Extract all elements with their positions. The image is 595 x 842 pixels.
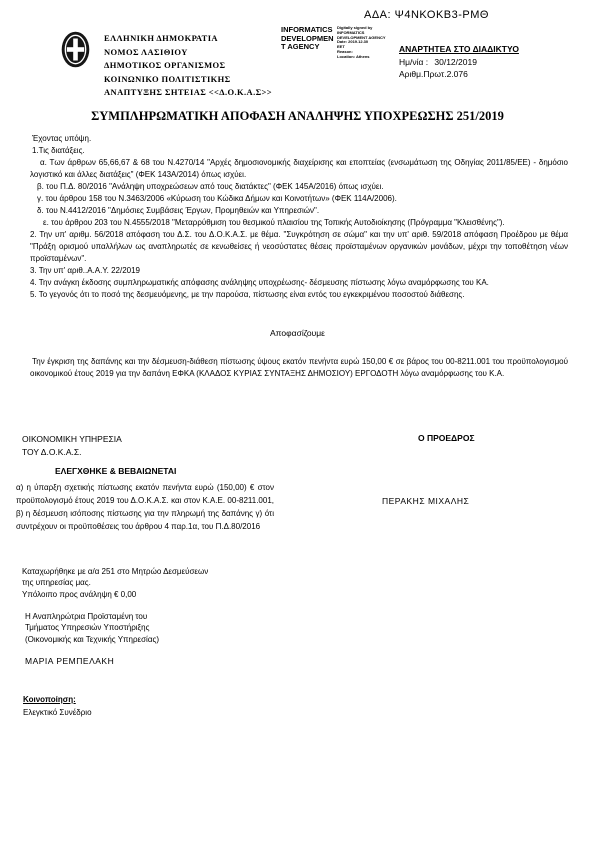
preamble-item: 4. Την ανάγκη έκδοσης συμπληρωματικής απ… — [30, 277, 568, 289]
preamble-item: 1.Τις διατάξεις. — [30, 145, 568, 157]
preamble-item: γ. του άρθρου 158 του Ν.3463/2006 «Κύρωσ… — [30, 193, 568, 205]
date-label: Ημ/νία : — [399, 56, 432, 69]
protocol-number: Αριθμ.Πρωτ.2.076 — [399, 68, 519, 81]
preamble: Έχοντας υπόψη. 1.Τις διατάξεις. α. Των ά… — [30, 133, 568, 301]
president-title: Ο ΠΡΟΕΔΡΟΣ — [418, 433, 475, 443]
verification-heading: ΕΛΕΓΧΘΗΚΕ & ΒΕΒΑΙΩΝΕΤΑΙ — [55, 466, 176, 476]
internet-posting-notice: ΑΝΑΡΤΗΤΕΑ ΣΤΟ ΔΙΑΔΙΚΤΥΟ — [399, 43, 519, 56]
preamble-item: 3. Την υπ' αριθ..Α.Α.Υ. 22/2019 — [30, 265, 568, 277]
org-line: ΔΗΜΟΤΙΚΟΣ ΟΡΓΑΝΙΣΜΟΣ — [104, 59, 272, 73]
preamble-item: δ. του Ν.4412/2016 "Δημόσιες Συμβάσεις Έ… — [30, 205, 568, 217]
signer-title-block: Η Αναπληρώτρια Προϊσταμένη του Τμήματος … — [25, 611, 159, 645]
signature-stamp-details: Digitally signed by INFORMATICS DEVELOPM… — [337, 26, 386, 60]
decision-heading: Αποφασίζουμε — [0, 328, 595, 338]
signer-name: ΜΑΡΙΑ ΡΕΜΠΕΛΑΚΗ — [25, 656, 114, 666]
finance-office-line: ΟΙΚΟΝΟΜΙΚΗ ΥΠΗΡΕΣΙΑ — [22, 433, 122, 446]
ada-code: ΑΔΑ: Ψ4ΝΚΟΚΒ3-ΡΜΘ — [364, 9, 489, 21]
registry-line: Υπόλοιπο προς ανάληψη € 0,00 — [22, 589, 208, 600]
verification-text: α) η ύπαρξη σχετικής πίστωσης εκατόν πεν… — [16, 481, 274, 533]
preamble-item: α. Των άρθρων 65,66,67 & 68 του Ν.4270/1… — [30, 157, 568, 181]
preamble-item: β. του Π.Δ. 80/2016 "Ανάληψη υποχρεώσεων… — [30, 181, 568, 193]
distribution-block: Κοινοποίηση: Ελεγκτικό Συνέδριο — [23, 694, 92, 719]
signer-title-line: Η Αναπληρώτρια Προϊσταμένη του — [25, 611, 159, 622]
preamble-item: ε. του άρθρου 203 του Ν.4555/2018 "Μεταρ… — [30, 217, 568, 229]
org-line: ΝΟΜΟΣ ΛΑΣΙΘΙΟΥ — [104, 46, 272, 60]
date-value: 30/12/2019 — [434, 56, 477, 69]
president-name: ΠΕΡΑΚΗΣ ΜΙΧΑΛΗΣ — [382, 496, 469, 506]
preamble-item: 5. Το γεγονός ότι το ποσό της δεσμευόμεν… — [30, 289, 568, 301]
signer-title-line: Τμήματος Υπηρεσιών Υποστήριξης — [25, 622, 159, 633]
stamp-detail-line: Location: Athens — [337, 55, 386, 60]
preamble-item: 2. Την υπ' αριθμ. 56/2018 απόφαση του Δ.… — [30, 229, 568, 265]
finance-office-line: ΤΟΥ Δ.Ο.Κ.Α.Σ. — [22, 446, 122, 459]
distribution-recipient: Ελεγκτικό Συνέδριο — [23, 707, 92, 720]
posting-date: Ημ/νία : 30/12/2019 — [399, 56, 519, 69]
signer-title-line: (Οικονομικής και Τεχνικής Υπηρεσίας) — [25, 634, 159, 645]
distribution-label: Κοινοποίηση: — [23, 694, 92, 707]
document-page: ΑΔΑ: Ψ4ΝΚΟΚΒ3-ΡΜΘ ΕΛΛΗΝΙΚΗ ΔΗΜΟΚΡΑΤΙΑ ΝΟ… — [0, 0, 595, 842]
org-line: ΕΛΛΗΝΙΚΗ ΔΗΜΟΚΡΑΤΙΑ — [104, 32, 272, 46]
document-title: ΣΥΜΠΛΗΡΩΜΑΤΙΚΗ ΑΠΟΦΑΣΗ ΑΝΑΛΗΨΗΣ ΥΠΟΧΡΕΩΣ… — [0, 109, 595, 124]
org-line: ΑΝΑΠΤΥΞΗΣ ΣΗΤΕΙΑΣ <<Δ.Ο.Κ.Α.Σ>> — [104, 86, 272, 100]
preamble-intro: Έχοντας υπόψη. — [30, 133, 568, 145]
signature-stamp-agency: INFORMATICS DEVELOPMEN T AGENCY — [281, 26, 334, 52]
decision-text: Την έγκριση της δαπάνης και την δέσμευση… — [30, 356, 568, 380]
posting-info: ΑΝΑΡΤΗΤΕΑ ΣΤΟ ΔΙΑΔΙΚΤΥΟ Ημ/νία : 30/12/2… — [399, 43, 519, 81]
protocol-value: 2.076 — [447, 68, 468, 81]
registry-line: Καταχωρήθηκε με α/α 251 στο Μητρώο Δεσμε… — [22, 566, 208, 577]
registry-note: Καταχωρήθηκε με α/α 251 στο Μητρώο Δεσμε… — [22, 566, 208, 600]
agency-line: T AGENCY — [281, 43, 334, 52]
registry-line: της υπηρεσίας μας. — [22, 577, 208, 588]
org-line: ΚΟΙΝΩΝΙΚΟ ΠΟΛΙΤΙΣΤΙΚΗΣ — [104, 73, 272, 87]
greek-coat-of-arms-icon — [61, 31, 90, 73]
organization-header: ΕΛΛΗΝΙΚΗ ΔΗΜΟΚΡΑΤΙΑ ΝΟΜΟΣ ΛΑΣΙΘΙΟΥ ΔΗΜΟΤ… — [104, 32, 272, 100]
finance-office-block: ΟΙΚΟΝΟΜΙΚΗ ΥΠΗΡΕΣΙΑ ΤΟΥ Δ.Ο.Κ.Α.Σ. — [22, 433, 122, 459]
protocol-label: Αριθμ.Πρωτ. — [399, 68, 447, 81]
